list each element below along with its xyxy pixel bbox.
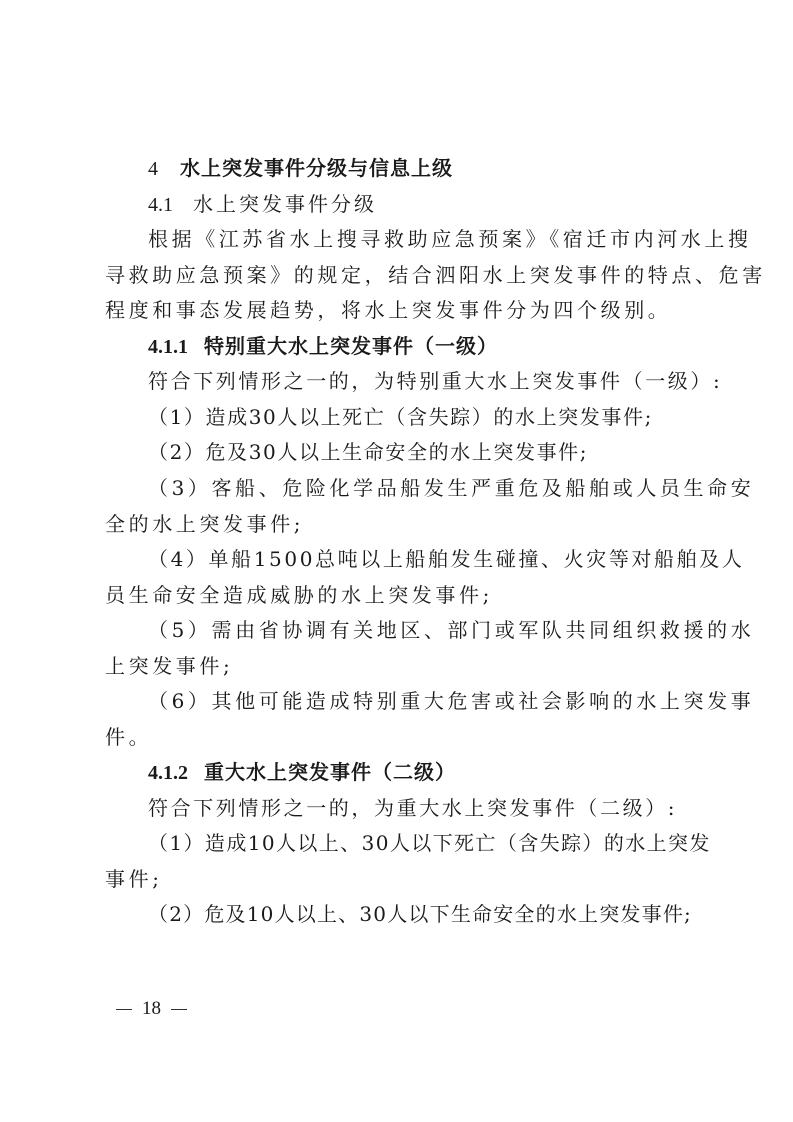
intro-line-2: 寻救助应急预案》的规定，结合泗阳水上突发事件的特点、危害 [105, 257, 766, 293]
list-item-1-5: （5）需由省协调有关地区、部门或军队共同组织救援的水 [148, 612, 754, 648]
heading-4-1-1: 4.1.1特别重大水上突发事件（一级） [148, 328, 498, 364]
heading-4-1: 4.1水上突发事件分级 [148, 186, 377, 222]
list-item-1-6-cont: 件。 [105, 719, 152, 755]
heading-4-1-1-number: 4.1.1 [148, 336, 188, 358]
heading-4-title: 水上突发事件分级与信息上级 [180, 156, 453, 180]
heading-4-number: 4 [148, 158, 158, 180]
intro-line-1: 根据《江苏省水上搜寻救助应急预案》《宿迁市内河水上搜 [148, 221, 752, 257]
list-item-1-2: （2）危及30人以上生命安全的水上突发事件; [148, 434, 588, 470]
page-footer: 18 [106, 997, 197, 1021]
list-item-1-3-cont: 全的水上突发事件; [105, 506, 304, 542]
list-item-1-3: （3）客船、危险化学品船发生严重危及船舶或人员生命安 [148, 470, 754, 506]
list-item-1-1: （1）造成30人以上死亡（含失踪）的水上突发事件; [148, 399, 653, 435]
list-item-2-1: （1）造成10人以上、30人以下死亡（含失踪）的水上突发 [148, 825, 711, 861]
list-item-1-4: （4）单船1500总吨以上船舶发生碰撞、火灾等对船舶及人 [148, 541, 744, 577]
heading-4-1-2-number: 4.1.2 [148, 762, 188, 784]
heading-4-1-2-title: 重大水上突发事件（二级） [204, 760, 456, 784]
intro-line-3: 程度和事态发展趋势，将水上突发事件分为四个级别。 [105, 292, 671, 328]
footer-dash-left [116, 1009, 132, 1010]
footer-dash-right [171, 1009, 187, 1010]
list-item-1-4-cont: 员生命安全造成威胁的水上突发事件; [105, 577, 493, 613]
list-item-2-1-cont: 事件; [105, 861, 163, 897]
heading-4-1-number: 4.1 [148, 194, 173, 216]
heading-4: 4水上突发事件分级与信息上级 [148, 150, 453, 186]
list-item-1-6: （6）其他可能造成特别重大危害或社会影响的水上突发事 [148, 683, 754, 719]
list-item-2-2: （2）危及10人以上、30人以下生命安全的水上突发事件; [148, 896, 692, 932]
list-item-1-5-cont: 上突发事件; [105, 648, 233, 684]
section-4-1-2-lead: 符合下列情形之一的，为重大水上突发事件（二级）: [148, 790, 677, 826]
heading-4-1-1-title: 特别重大水上突发事件（一级） [204, 334, 498, 358]
heading-4-1-title: 水上突发事件分级 [193, 192, 377, 216]
page-number: 18 [142, 998, 161, 1019]
section-4-1-1-lead: 符合下列情形之一的，为特别重大水上突发事件（一级）: [148, 363, 722, 399]
heading-4-1-2: 4.1.2重大水上突发事件（二级） [148, 754, 456, 790]
